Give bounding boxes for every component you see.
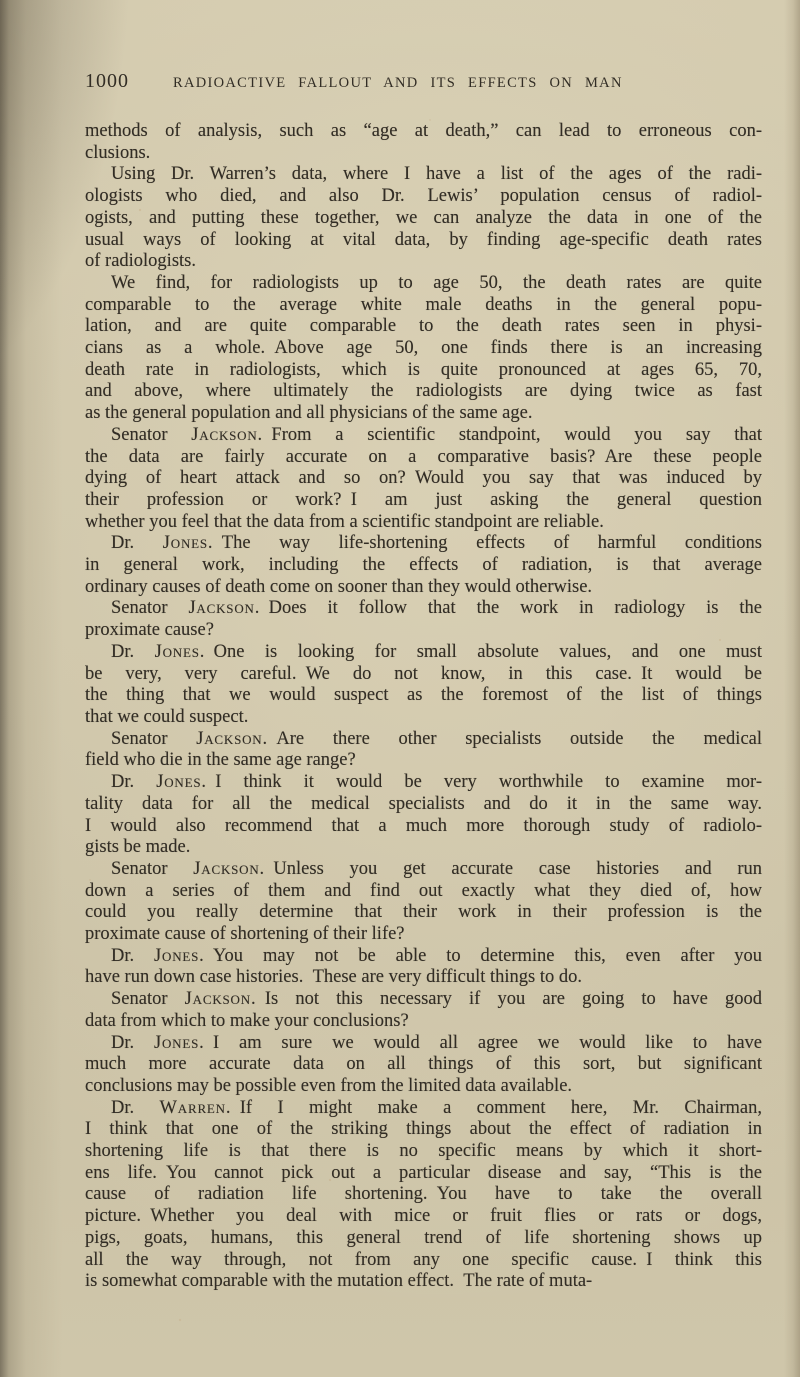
text-line: I would also recommend that a much more … [85, 816, 762, 838]
speaker-name: Jackson [196, 729, 262, 749]
page-number: 1000 [85, 70, 129, 93]
text-line: the data are fairly accurate on a compar… [85, 447, 762, 469]
text-line: comparable to the average white male dea… [85, 295, 762, 317]
text-line: as the general population and all physic… [85, 403, 762, 425]
text-line: picture. Whether you deal with mice or f… [85, 1206, 762, 1228]
text-line: clusions. [85, 143, 762, 165]
text-line: shortening life is that there is no spec… [85, 1141, 762, 1163]
text-line: Senator Jackson. Are there other special… [85, 729, 762, 751]
text-line: Dr. Warren. If I might make a comment he… [85, 1098, 762, 1120]
text-line: Senator Jackson. From a scientific stand… [85, 425, 762, 447]
speaker-name: Jones [154, 1033, 199, 1053]
text-line: lation, and are quite comparable to the … [85, 316, 762, 338]
text-line: field who die in the same age range? [85, 750, 762, 772]
text-line: dying of heart attack and so on? Would y… [85, 468, 762, 490]
text-line: cians as a whole. Above age 50, one find… [85, 338, 762, 360]
text-line: proximate cause of shortening of their l… [85, 924, 762, 946]
text-line: proximate cause? [85, 620, 762, 642]
page-header: 1000 RADIOACTIVE FALLOUT AND ITS EFFECTS… [85, 70, 762, 94]
text-line: Dr. Jones. You may not be able to determ… [85, 946, 762, 968]
text-line: much more accurate data on all things of… [85, 1054, 762, 1076]
speaker-name: Jackson [193, 859, 259, 879]
text-line: ordinary causes of death come on sooner … [85, 577, 762, 599]
text-line: gists be made. [85, 837, 762, 859]
speaker-name: Jones [156, 772, 201, 792]
text-line: Dr. Jones. I think it would be very wort… [85, 772, 762, 794]
speaker-name: Jones [155, 642, 200, 662]
text-line: be very, very careful. We do not know, i… [85, 664, 762, 686]
text-line: could you really determine that their wo… [85, 902, 762, 924]
text-line: in general work, including the effects o… [85, 555, 762, 577]
text-line: usual ways of looking at vital data, by … [85, 230, 762, 252]
running-title: RADIOACTIVE FALLOUT AND ITS EFFECTS ON M… [173, 75, 623, 92]
text-line: their profession or work? I am just aski… [85, 490, 762, 512]
text-line: Senator Jackson. Is not this necessary i… [85, 989, 762, 1011]
text-line: down a series of them and find out exact… [85, 881, 762, 903]
speaker-name: Jackson [185, 989, 251, 1009]
text-line: methods of analysis, such as “age at dea… [85, 121, 762, 143]
text-line: cause of radiation life shortening. You … [85, 1184, 762, 1206]
text-line: Senator Jackson. Does it follow that the… [85, 598, 762, 620]
text-line: data from which to make your conclusions… [85, 1011, 762, 1033]
text-line: conclusions may be possible even from th… [85, 1076, 762, 1098]
text-line: of radiologists. [85, 251, 762, 273]
speaker-name: Warren [160, 1098, 226, 1118]
text-line: We find, for radiologists up to age 50, … [85, 273, 762, 295]
text-line: Senator Jackson. Unless you get accurate… [85, 859, 762, 881]
text-line: I think that one of the striking things … [85, 1119, 762, 1141]
text-line: Dr. Jones. The way life-shortening effec… [85, 533, 762, 555]
speaker-name: Jackson [188, 598, 254, 618]
speaker-name: Jackson [191, 425, 257, 445]
text-line: pigs, goats, humans, this general trend … [85, 1228, 762, 1250]
speaker-name: Jones [163, 533, 208, 553]
text-line: ogists, and putting these together, we c… [85, 208, 762, 230]
speaker-name: Jones [154, 946, 199, 966]
scan-page: 1000 RADIOACTIVE FALLOUT AND ITS EFFECTS… [0, 0, 800, 1377]
text-line: and above, where ultimately the radiolog… [85, 381, 762, 403]
text-line: all the way through, not from any one sp… [85, 1250, 762, 1272]
text-line: ens life. You cannot pick out a particul… [85, 1163, 762, 1185]
text-line: that we could suspect. [85, 707, 762, 729]
text-line: Using Dr. Warren’s data, where I have a … [85, 164, 762, 186]
text-line: whether you feel that the data from a sc… [85, 512, 762, 534]
text-line: have run down case histories. These are … [85, 967, 762, 989]
text-line: death rate in radiologists, which is qui… [85, 360, 762, 382]
text-line: tality data for all the medical speciali… [85, 794, 762, 816]
text-line: ologists who died, and also Dr. Lewis’ p… [85, 186, 762, 208]
text-line: the thing that we would suspect as the f… [85, 685, 762, 707]
text-line: Dr. Jones. I am sure we would all agree … [85, 1033, 762, 1055]
text-line: Dr. Jones. One is looking for small abso… [85, 642, 762, 664]
page-body: methods of analysis, such as “age at dea… [85, 121, 762, 1293]
text-block: 1000 RADIOACTIVE FALLOUT AND ITS EFFECTS… [85, 70, 762, 1293]
text-line: is somewhat comparable with the mutation… [85, 1271, 762, 1293]
